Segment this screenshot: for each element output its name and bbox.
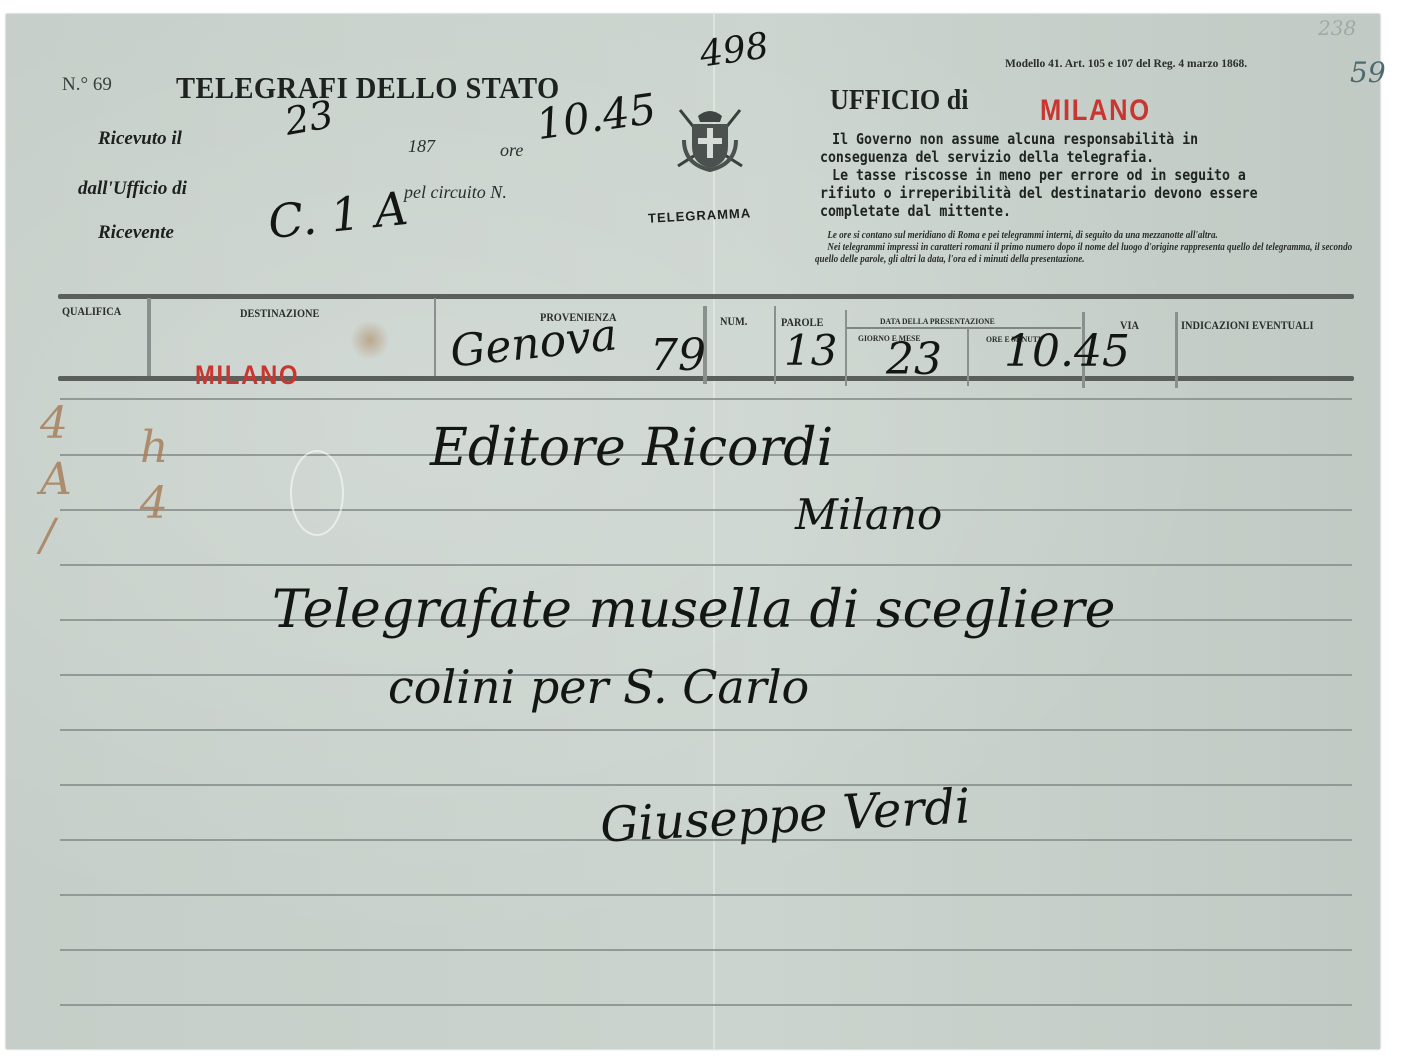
received-day-value: 23 xyxy=(282,92,337,144)
ruled-line xyxy=(60,949,1352,951)
margin-note-column-2: h 4 xyxy=(140,420,168,532)
margin-note-column-1: 4 A / xyxy=(40,396,72,564)
ruled-line xyxy=(60,398,1352,400)
header-qualifica: QUALIFICA xyxy=(62,306,121,318)
message-line-addressee: Editore Ricordi xyxy=(430,418,833,478)
column-divider xyxy=(1175,312,1178,388)
page-title: TELEGRAFI DELLO STATO xyxy=(176,70,560,106)
hour-label: ore xyxy=(500,140,523,161)
ruled-line xyxy=(60,894,1352,896)
office-stamp: MILANO xyxy=(1040,94,1151,128)
giorno-mese-value: 23 xyxy=(886,334,942,385)
ruled-line xyxy=(60,729,1352,731)
from-office-label: dall'Ufficio di xyxy=(78,178,187,200)
header-destinazione: DESTINAZIONE xyxy=(240,308,319,320)
ore-minuti-value: 10.45 xyxy=(1004,326,1130,377)
liability-notice: Il Governo non assume alcuna responsabil… xyxy=(820,130,1290,220)
ruled-line xyxy=(60,564,1352,566)
message-line-body-2: colini per S. Carlo xyxy=(388,660,809,714)
fine-print-1: Le ore si contano sul meridiano di Roma … xyxy=(815,230,1361,242)
ruled-line xyxy=(60,509,1352,511)
fine-print-notice: Le ore si contano sul meridiano di Roma … xyxy=(815,230,1361,265)
notice-paragraph-2: Le tasse riscosse in meno per errore od … xyxy=(820,166,1290,220)
num-value: 79 xyxy=(650,330,706,381)
ruled-line xyxy=(60,784,1352,786)
destination-stamp: MILANO xyxy=(195,360,299,391)
circuit-label: pel circuito N. xyxy=(404,182,507,203)
corner-pencil-number-top: 238 xyxy=(1318,16,1356,40)
header-data-presentazione: DATA DELLA PRESENTAZIONE xyxy=(880,316,995,326)
column-divider xyxy=(434,298,436,376)
header-num: NUM. xyxy=(720,316,747,328)
model-reference: Modello 41. Art. 105 e 107 del Reg. 4 ma… xyxy=(1005,58,1247,70)
table-top-border xyxy=(58,294,1354,299)
column-divider xyxy=(845,310,847,386)
message-line-city: Milano xyxy=(795,490,942,539)
fine-print-2: Nei telegrammi impressi in caratteri rom… xyxy=(815,242,1361,266)
message-line-body-1: Telegrafate musella di scegliere xyxy=(272,580,1115,640)
column-divider xyxy=(147,298,151,376)
year-prefix: 187 xyxy=(408,136,435,157)
savoy-coat-of-arms-icon xyxy=(670,100,750,178)
header-indicazioni: INDICAZIONI EVENTUALI xyxy=(1181,320,1314,332)
received-label: Ricevuto il xyxy=(98,128,182,150)
stain-mark xyxy=(350,320,390,360)
office-label: UFFICIO di xyxy=(830,84,969,117)
receiver-label: Ricevente xyxy=(98,222,174,244)
parole-value: 13 xyxy=(784,326,837,375)
ruled-line xyxy=(60,1004,1352,1006)
form-number: N.° 69 xyxy=(62,74,112,96)
embossed-blind-stamp xyxy=(290,450,344,536)
corner-pencil-number: 59 xyxy=(1350,56,1386,89)
notice-paragraph-1: Il Governo non assume alcuna responsabil… xyxy=(820,130,1290,166)
column-divider xyxy=(967,328,969,386)
column-divider xyxy=(774,306,776,384)
